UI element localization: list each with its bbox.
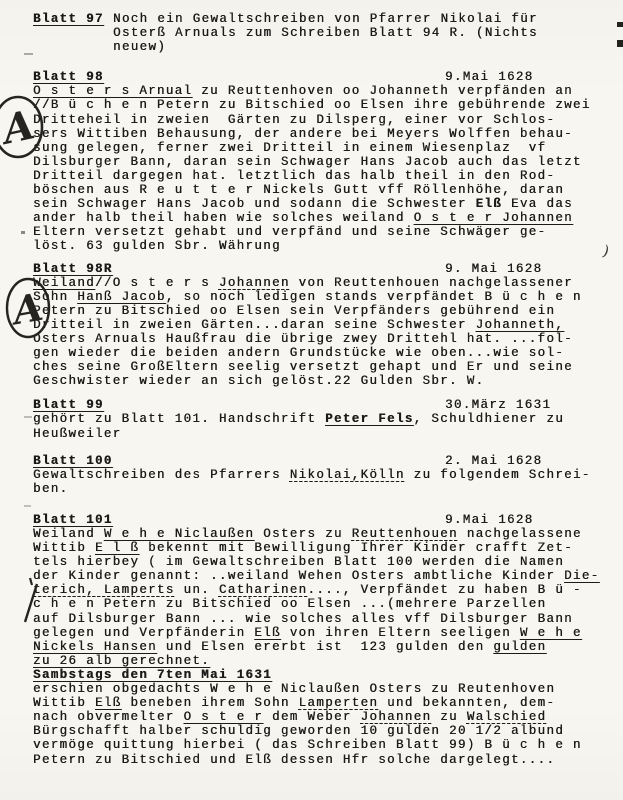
text-segment: Dilsburger Bann, daran sein Schwager Han…: [33, 155, 582, 169]
text-segment: von ihren Eltern seeligen: [281, 626, 520, 640]
text-segment: auf Dilsburger Bann ... wie solches alle…: [33, 612, 573, 626]
text-segment: c h e n Petern zu Bitschied oo Elsen ...…: [33, 597, 546, 611]
text-segment: Eva das: [502, 197, 573, 211]
section-header: Blatt 1019.Mai 1628: [33, 513, 608, 527]
section-date: 9.Mai 1628: [445, 70, 534, 84]
text-segment: sung gelegen, ferner zwei Dritteil in ei…: [33, 141, 546, 155]
text-segment: dem Weber: [263, 710, 360, 724]
text-segment: Elß: [254, 626, 281, 640]
text-line: zu 26 alb gerechnet.: [33, 654, 608, 668]
text-segment: terich, Lamperts: [33, 583, 175, 597]
scan-artifact: [21, 231, 25, 234]
text-segment: O s t e r Johannen: [414, 211, 573, 225]
text-line: Nickels Hansen und Elsen ererbt ist 123 …: [33, 640, 608, 654]
text-segment: Elß: [95, 696, 122, 710]
section-header: Blatt 989.Mai 1628: [33, 70, 608, 84]
text-segment: Osterß Arnuals zum Schreiben Blatt 94 R.…: [113, 26, 538, 40]
text-line: terich, Lamperts un. Catharinen...., Ver…: [33, 583, 608, 597]
text-segment: ben.: [33, 482, 68, 496]
text-segment: Heußweiler: [33, 427, 122, 441]
section-blatt-98: Blatt 989.Mai 1628O s t e r s Arnual zu …: [33, 70, 608, 253]
text-line: gen wieder die beiden andern Grundstücke…: [33, 346, 608, 360]
scan-artifact: [24, 416, 32, 418]
text-segment: und bekannten, dem-: [378, 696, 555, 710]
text-segment: Catharinen: [219, 583, 308, 597]
text-segment: nachgelassene: [458, 527, 582, 541]
annotation-letter: A: [0, 101, 39, 154]
text-line: sung gelegen, ferner zwei Dritteil in ei…: [33, 141, 608, 155]
text-segment: Johannen: [219, 276, 290, 290]
section-date: 9. Mai 1628: [445, 262, 542, 276]
text-segment: Walschied: [467, 710, 547, 724]
text-line: Gewaltschreiben des Pfarrers Nikolai,Köl…: [33, 468, 608, 482]
text-segment: löst. 63 gulden Sbr. Währung: [33, 239, 281, 253]
scan-artifact: [617, 40, 623, 47]
text-segment: Dritteil dargegen hat. letztlich das hal…: [33, 169, 555, 183]
text-segment: von Reuttenhouen nachgelassener: [290, 276, 573, 290]
text-segment: , so noch ledigen stands verpfändet B ü …: [166, 290, 582, 304]
text-segment: Nickels Hansen: [33, 640, 157, 654]
text-segment: Johanneth,: [476, 318, 565, 332]
section-date: 30.März 1631: [445, 398, 551, 412]
text-segment: ...., Verpfändet zu haben B ü -: [307, 583, 581, 597]
text-segment: Osters zu: [254, 527, 351, 541]
text-segment: zu: [431, 710, 466, 724]
section-title: Blatt 99: [33, 398, 104, 412]
text-line: löst. 63 gulden Sbr. Währung: [33, 239, 608, 253]
text-line: sers Wittiben Behausung, der andere bei …: [33, 127, 608, 141]
text-line: Sohn Hanß Jacob, so noch ledigen stands …: [33, 290, 608, 304]
text-segment: neuew): [113, 40, 166, 54]
text-segment: ches seine GroßEltern seelig versetzt ge…: [33, 360, 573, 374]
text-segment: vermöge quittung hierbei ( das Schreiben…: [33, 738, 582, 752]
text-line: Wittib E l ß bekennt mit Bewilligung Ihr…: [33, 541, 608, 555]
text-segment: un.: [175, 583, 219, 597]
text-segment: sers Wittiben Behausung, der andere bei …: [33, 127, 573, 141]
text-line: Dritteheil in zweien Gärten zu Dilsperg,…: [33, 113, 608, 127]
text-segment: Wittib: [33, 696, 95, 710]
text-segment: Peter Fels: [325, 412, 414, 426]
text-line: auf Dilsburger Bann ... wie solches alle…: [33, 612, 608, 626]
text-segment: nach obvermelter: [33, 710, 183, 724]
text-line: Noch ein Gewaltschreiben von Pfarrer Nik…: [113, 12, 538, 26]
slash-annotation: [16, 576, 44, 633]
text-segment: Dritteheil in zweien Gärten zu Dilsperg,…: [33, 113, 555, 127]
text-segment: //B ü c h e n Petern zu Bitschied oo Els…: [33, 98, 591, 112]
text-line: ben.: [33, 482, 608, 496]
section-blatt-100: Blatt 1002. Mai 1628Gewaltschreiben des …: [33, 454, 608, 496]
scan-artifact: [617, 22, 623, 27]
section-header: Blatt 98R9. Mai 1628: [33, 262, 608, 276]
scan-artifact: [24, 505, 31, 507]
text-segment: Die-: [564, 569, 599, 583]
text-segment: zu 26 alb gerechnet.: [33, 654, 210, 668]
text-line: neuew): [113, 40, 538, 54]
text-line: Dilsburger Bann, daran sein Schwager Han…: [33, 155, 608, 169]
text-line: Heußweiler: [33, 427, 608, 441]
text-line: ander halb theil haben wie solches weila…: [33, 211, 608, 225]
text-segment: bekennt mit Bewilligung Ihrer Kinder cra…: [139, 541, 573, 555]
section-title: Blatt 100: [33, 454, 113, 468]
text-line: Osters Arnuals Haußfrau die übrige zwey …: [33, 332, 608, 346]
text-segment: beneben ihrem Sohn: [122, 696, 299, 710]
text-segment: Dritteil in zweien Gärten...daran seine …: [33, 318, 476, 332]
text-segment: Johannen: [361, 710, 432, 724]
section-blatt-97: Blatt 97Noch ein Gewaltschreiben von Pfa…: [33, 12, 608, 54]
text-segment: böschen aus R e u t t e r Nickels Gutt v…: [33, 183, 564, 197]
text-segment: zu Reuttenhoven oo Johanneth verpfänden …: [192, 84, 573, 98]
text-segment: Osters Arnuals Haußfrau die übrige zwey …: [33, 332, 573, 346]
text-line: Weiland W e h e Niclaußen Osters zu Reut…: [33, 527, 608, 541]
text-segment: O s t e r: [183, 710, 263, 724]
text-line: tels hierbey ( im Gewaltschreiben Blatt …: [33, 555, 608, 569]
text-segment: , Schuldhiener zu: [414, 412, 564, 426]
text-line: Bürgschafft halber schuldig geworden 10 …: [33, 724, 608, 738]
text-segment: sein Schwager Hans Jacob und sodann die …: [33, 197, 476, 211]
text-segment: Wittib: [33, 541, 95, 555]
text-segment: //O s t e r s: [95, 276, 219, 290]
text-segment: Lamperten: [299, 696, 379, 710]
text-line: ches seine GroßEltern seelig versetzt ge…: [33, 360, 608, 374]
text-segment: gehört zu Blatt 101. Handschrift: [33, 412, 325, 426]
scan-page-text: Blatt 97Noch ein Gewaltschreiben von Pfa…: [33, 12, 608, 767]
text-segment: Gewaltschreiben des Pfarrers: [33, 468, 290, 482]
text-line: Dritteil in zweien Gärten...daran seine …: [33, 318, 608, 332]
text-line: gehört zu Blatt 101. Handschrift Peter F…: [33, 412, 608, 426]
circled-a-annotation: A: [0, 92, 47, 167]
text-line: //B ü c h e n Petern zu Bitschied oo Els…: [33, 98, 608, 112]
text-line: Petern zu Bitschied und Elß dessen Hfr s…: [33, 753, 608, 767]
text-line: gelegen und Verpfänderin Elß von ihren E…: [33, 626, 608, 640]
text-segment: der Kinder genannt: ..weiland Wehen Oste…: [33, 569, 564, 583]
text-segment: Petern zu Bitschied und Elß dessen Hfr s…: [33, 753, 555, 767]
text-line: Eltern versetzt gehabt und verpfänd und …: [33, 225, 608, 239]
section-title: Blatt 97: [33, 12, 104, 26]
text-line: O s t e r s Arnual zu Reuttenhoven oo Jo…: [33, 84, 608, 98]
text-line: Osterß Arnuals zum Schreiben Blatt 94 R.…: [113, 26, 538, 40]
annotation-slash: [25, 584, 37, 622]
text-segment: O s t e r s Arnual: [33, 84, 192, 98]
section-header: Blatt 1002. Mai 1628: [33, 454, 608, 468]
text-segment: tels hierbey ( im Gewaltschreiben Blatt …: [33, 555, 564, 569]
text-segment: Nikolai,Kölln: [290, 468, 405, 482]
circled-a-annotation: A: [2, 274, 56, 347]
text-segment: gulden: [493, 640, 546, 654]
text-segment: gen wieder die beiden andern Grundstücke…: [33, 346, 564, 360]
text-segment: zu folgendem Schrei-: [405, 468, 591, 482]
section-title: Sambstags den 7ten Mai 1631: [33, 668, 272, 682]
section-blatt-98r: Blatt 98R9. Mai 1628Weiland//O s t e r s…: [33, 262, 608, 389]
text-segment: Reuttenhouen: [352, 527, 458, 541]
section-body: Noch ein Gewaltschreiben von Pfarrer Nik…: [113, 12, 538, 54]
text-segment: Weiland: [33, 527, 104, 541]
text-segment: erschien obgedachts W e h e Niclaußen Os…: [33, 682, 555, 696]
section-blatt-99: Blatt 9930.März 1631gehört zu Blatt 101.…: [33, 398, 608, 440]
text-segment: gelegen und Verpfänderin: [33, 626, 254, 640]
section-date: 2. Mai 1628: [445, 454, 542, 468]
text-line: c h e n Petern zu Bitschied oo Elsen ...…: [33, 597, 608, 611]
text-segment: W e h e Niclaußen: [104, 527, 254, 541]
text-segment: Petern zu Bitschied oo Elsen sein Verpfä…: [33, 304, 555, 318]
text-line: sein Schwager Hans Jacob und sodann die …: [33, 197, 608, 211]
section-title: Blatt 101: [33, 513, 113, 527]
text-line: böschen aus R e u t t e r Nickels Gutt v…: [33, 183, 608, 197]
text-line: der Kinder genannt: ..weiland Wehen Oste…: [33, 569, 608, 583]
scan-artifact: [24, 53, 33, 55]
text-line: Geschwister wieder an sich gelöst.22 Gul…: [33, 374, 608, 388]
text-segment: Elß: [476, 197, 503, 211]
section-date: 9.Mai 1628: [445, 513, 534, 527]
text-line: vermöge quittung hierbei ( das Schreiben…: [33, 738, 608, 752]
text-segment: und Elsen ererbt ist 123 gulden den: [157, 640, 493, 654]
text-segment: E l ß: [95, 541, 139, 555]
text-segment: Eltern versetzt gehabt und verpfänd und …: [33, 225, 546, 239]
text-line: Wittib Elß beneben ihrem Sohn Lamperten …: [33, 696, 608, 710]
text-segment: Hanß Jacob: [77, 290, 166, 304]
text-line: erschien obgedachts W e h e Niclaußen Os…: [33, 682, 608, 696]
annotation-tick: [30, 578, 32, 585]
text-line: Dritteil dargegen hat. letztlich das hal…: [33, 169, 608, 183]
text-segment: ander halb theil haben wie solches weila…: [33, 211, 414, 225]
text-segment: Bürgschafft halber schuldig geworden 10 …: [33, 724, 564, 738]
text-segment: Geschwister wieder an sich gelöst.22 Gul…: [33, 374, 484, 388]
section-header: Sambstags den 7ten Mai 1631: [33, 668, 608, 682]
section-header: Blatt 9930.März 1631: [33, 398, 608, 412]
section-blatt-101: Blatt 1019.Mai 1628Weiland W e h e Nicla…: [33, 513, 608, 668]
text-segment: Noch ein Gewaltschreiben von Pfarrer Nik…: [113, 12, 538, 26]
text-line: Petern zu Bitschied oo Elsen sein Verpfä…: [33, 304, 608, 318]
text-segment: W e h e: [520, 626, 582, 640]
section-sambstags: Sambstags den 7ten Mai 1631erschien obge…: [33, 668, 608, 767]
section-title: Blatt 98: [33, 70, 104, 84]
text-line: nach obvermelter O s t e r dem Weber Joh…: [33, 710, 608, 724]
text-line: Weiland//O s t e r s Johannen von Reutte…: [33, 276, 608, 290]
